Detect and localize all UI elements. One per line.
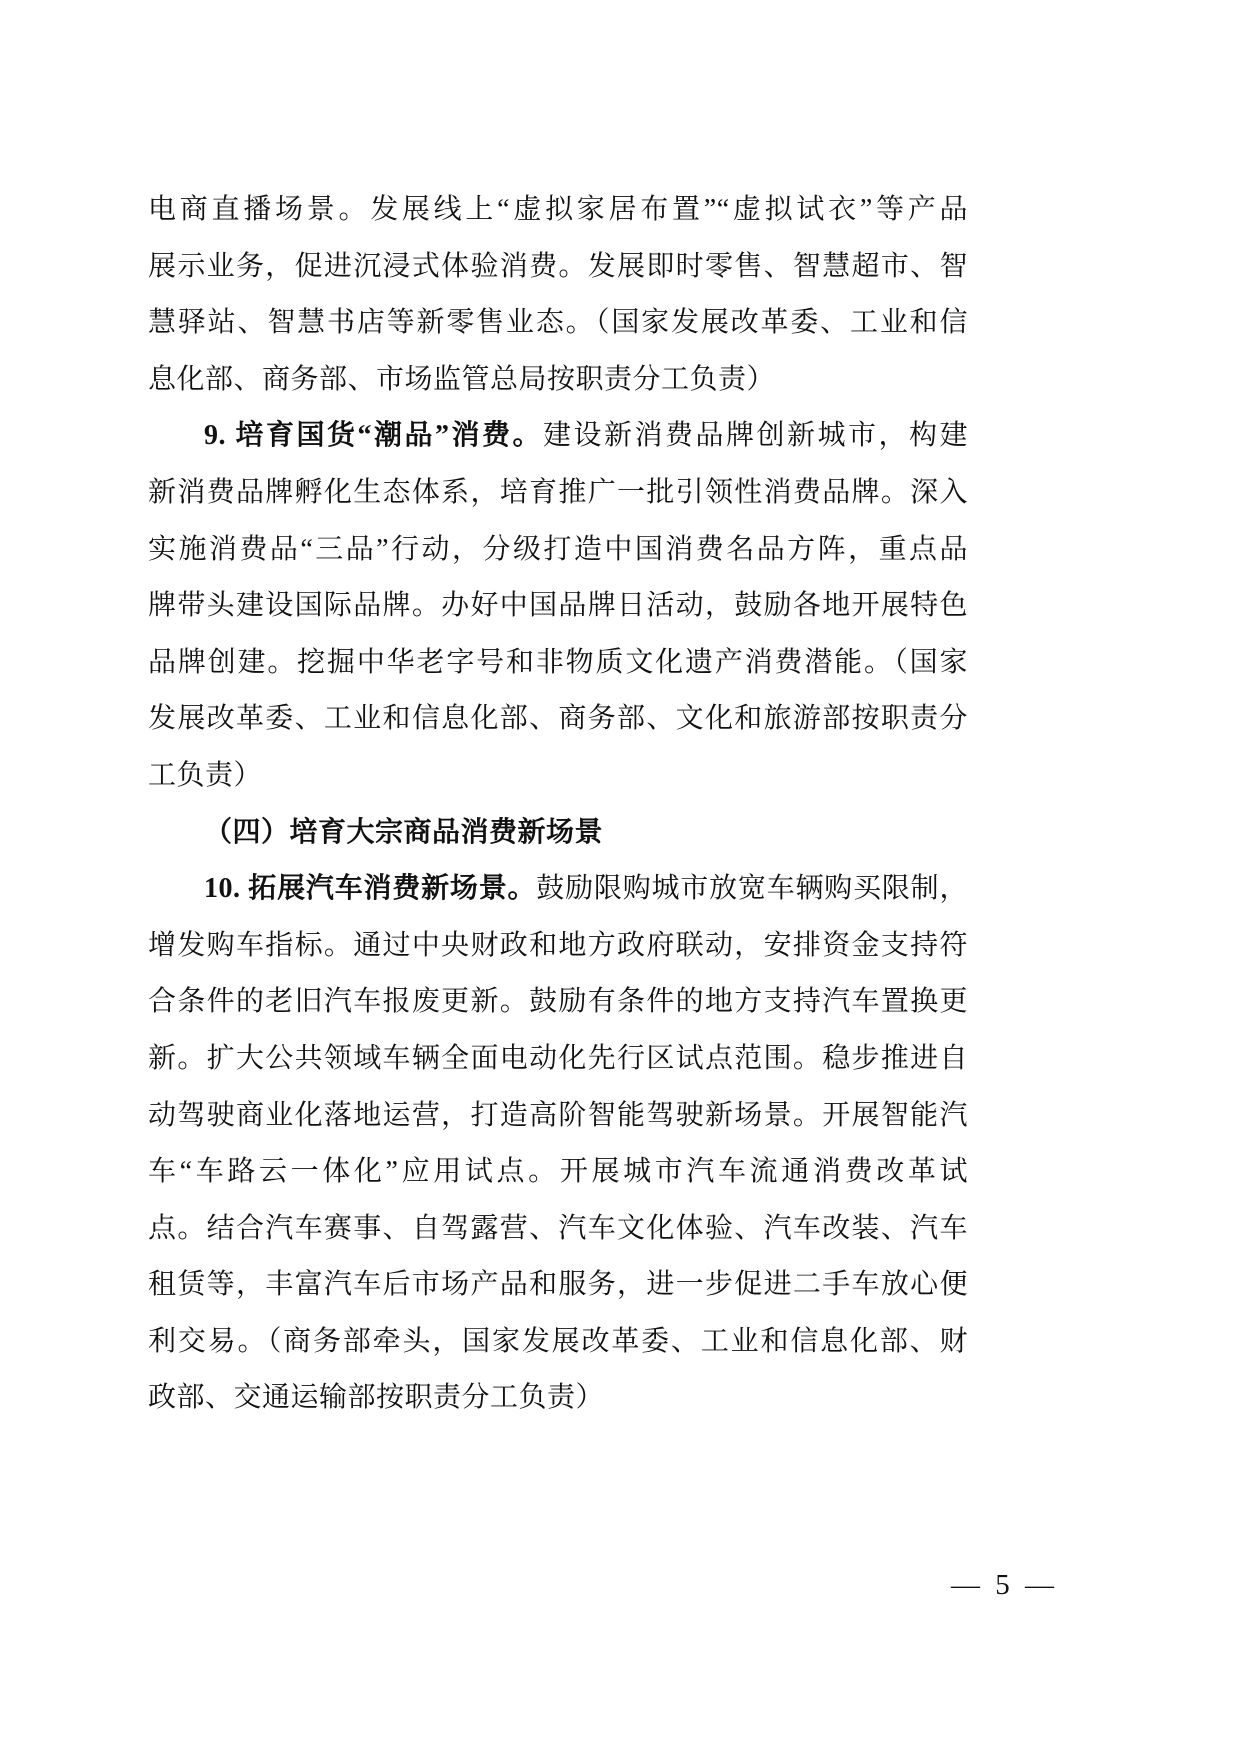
text-segment: 品牌创建。挖掘中华老字号和非物质文化遗产消费潜能。（国家	[148, 647, 968, 678]
text-segment: 动驾驶商业化落地运营，打造高阶智能驾驶新场景。开展智能汽	[148, 1100, 968, 1131]
text-segment: 电商直播场景。发展线上“虚拟家居布置”“虚拟试衣”等产品	[148, 194, 968, 225]
text-line: 10. 拓展汽车消费新场景。鼓励限购城市放宽车辆购买限制，	[148, 861, 968, 918]
text-segment: 鼓励限购城市放宽车辆购买限制，	[536, 873, 968, 904]
text-line: 品牌创建。挖掘中华老字号和非物质文化遗产消费潜能。（国家	[148, 635, 968, 692]
text-line: 电商直播场景。发展线上“虚拟家居布置”“虚拟试衣”等产品	[148, 182, 968, 239]
text-segment: 点。结合汽车赛事、自驾露营、汽车文化体验、汽车改装、汽车	[148, 1213, 968, 1244]
text-segment: 租赁等，丰富汽车后市场产品和服务，进一步促进二手车放心便	[148, 1269, 968, 1300]
text-line: 发展改革委、工业和信息化部、商务部、文化和旅游部按职责分	[148, 691, 968, 748]
text-line: 慧驿站、智慧书店等新零售业态。（国家发展改革委、工业和信	[148, 295, 968, 352]
text-segment: 新消费品牌孵化生态体系，培育推广一批引领性消费品牌。深入	[148, 477, 968, 508]
text-line: 利交易。（商务部牵头，国家发展改革委、工业和信息化部、财	[148, 1314, 968, 1371]
text-segment: 增发购车指标。通过中央财政和地方政府联动，安排资金支持符	[148, 930, 968, 961]
text-line: 新。扩大公共领域车辆全面电动化先行区试点范围。稳步推进自	[148, 1031, 968, 1088]
text-segment: 工负责）	[148, 760, 262, 791]
text-segment: 息化部、商务部、市场监管总局按职责分工负责）	[148, 364, 775, 395]
text-line: 政部、交通运输部按职责分工负责）	[148, 1370, 968, 1427]
text-line: 实施消费品“三品”行动，分级打造中国消费名品方阵，重点品	[148, 522, 968, 579]
text-line: 车“车路云一体化”应用试点。开展城市汽车流通消费改革试	[148, 1144, 968, 1201]
text-segment-bold: 9. 培育国货“潮品”消费。	[204, 420, 543, 451]
text-line: 点。结合汽车赛事、自驾露营、汽车文化体验、汽车改装、汽车	[148, 1201, 968, 1258]
text-line: 动驾驶商业化落地运营，打造高阶智能驾驶新场景。开展智能汽	[148, 1088, 968, 1145]
text-line: 息化部、商务部、市场监管总局按职责分工负责）	[148, 352, 968, 409]
text-line: 增发购车指标。通过中央财政和地方政府联动，安排资金支持符	[148, 918, 968, 975]
text-segment: 合条件的老旧汽车报废更新。鼓励有条件的地方支持汽车置换更	[148, 986, 968, 1017]
text-segment: 慧驿站、智慧书店等新零售业态。（国家发展改革委、工业和信	[148, 307, 968, 338]
text-segment-bold: 10. 拓展汽车消费新场景。	[204, 873, 536, 904]
text-segment: 政部、交通运输部按职责分工负责）	[148, 1382, 604, 1413]
text-segment: 新。扩大公共领域车辆全面电动化先行区试点范围。稳步推进自	[148, 1043, 968, 1074]
text-segment: 利交易。（商务部牵头，国家发展改革委、工业和信息化部、财	[148, 1326, 968, 1357]
text-line: 新消费品牌孵化生态体系，培育推广一批引领性消费品牌。深入	[148, 465, 968, 522]
text-segment: 实施消费品“三品”行动，分级打造中国消费名品方阵，重点品	[148, 534, 968, 565]
text-line: （四）培育大宗商品消费新场景	[148, 805, 968, 862]
text-line: 9. 培育国货“潮品”消费。建设新消费品牌创新城市，构建	[148, 408, 968, 465]
text-segment: 展示业务，促进沉浸式体验消费。发展即时零售、智慧超市、智	[148, 251, 968, 282]
text-line: 合条件的老旧汽车报废更新。鼓励有条件的地方支持汽车置换更	[148, 974, 968, 1031]
text-segment: 车“车路云一体化”应用试点。开展城市汽车流通消费改革试	[148, 1156, 968, 1187]
text-line: 工负责）	[148, 748, 968, 805]
text-segment: 牌带头建设国际品牌。办好中国品牌日活动，鼓励各地开展特色	[148, 590, 968, 621]
document-body: 电商直播场景。发展线上“虚拟家居布置”“虚拟试衣”等产品展示业务，促进沉浸式体验…	[148, 182, 968, 1427]
text-line: 展示业务，促进沉浸式体验消费。发展即时零售、智慧超市、智	[148, 239, 968, 296]
text-line: 牌带头建设国际品牌。办好中国品牌日活动，鼓励各地开展特色	[148, 578, 968, 635]
document-page: 电商直播场景。发展线上“虚拟家居布置”“虚拟试衣”等产品展示业务，促进沉浸式体验…	[0, 0, 1240, 1753]
text-segment-bold: （四）培育大宗商品消费新场景	[204, 817, 603, 848]
text-line: 租赁等，丰富汽车后市场产品和服务，进一步促进二手车放心便	[148, 1257, 968, 1314]
text-segment: 建设新消费品牌创新城市，构建	[543, 420, 968, 451]
text-segment: 发展改革委、工业和信息化部、商务部、文化和旅游部按职责分	[148, 703, 968, 734]
page-number: — 5 —	[951, 1568, 1058, 1602]
